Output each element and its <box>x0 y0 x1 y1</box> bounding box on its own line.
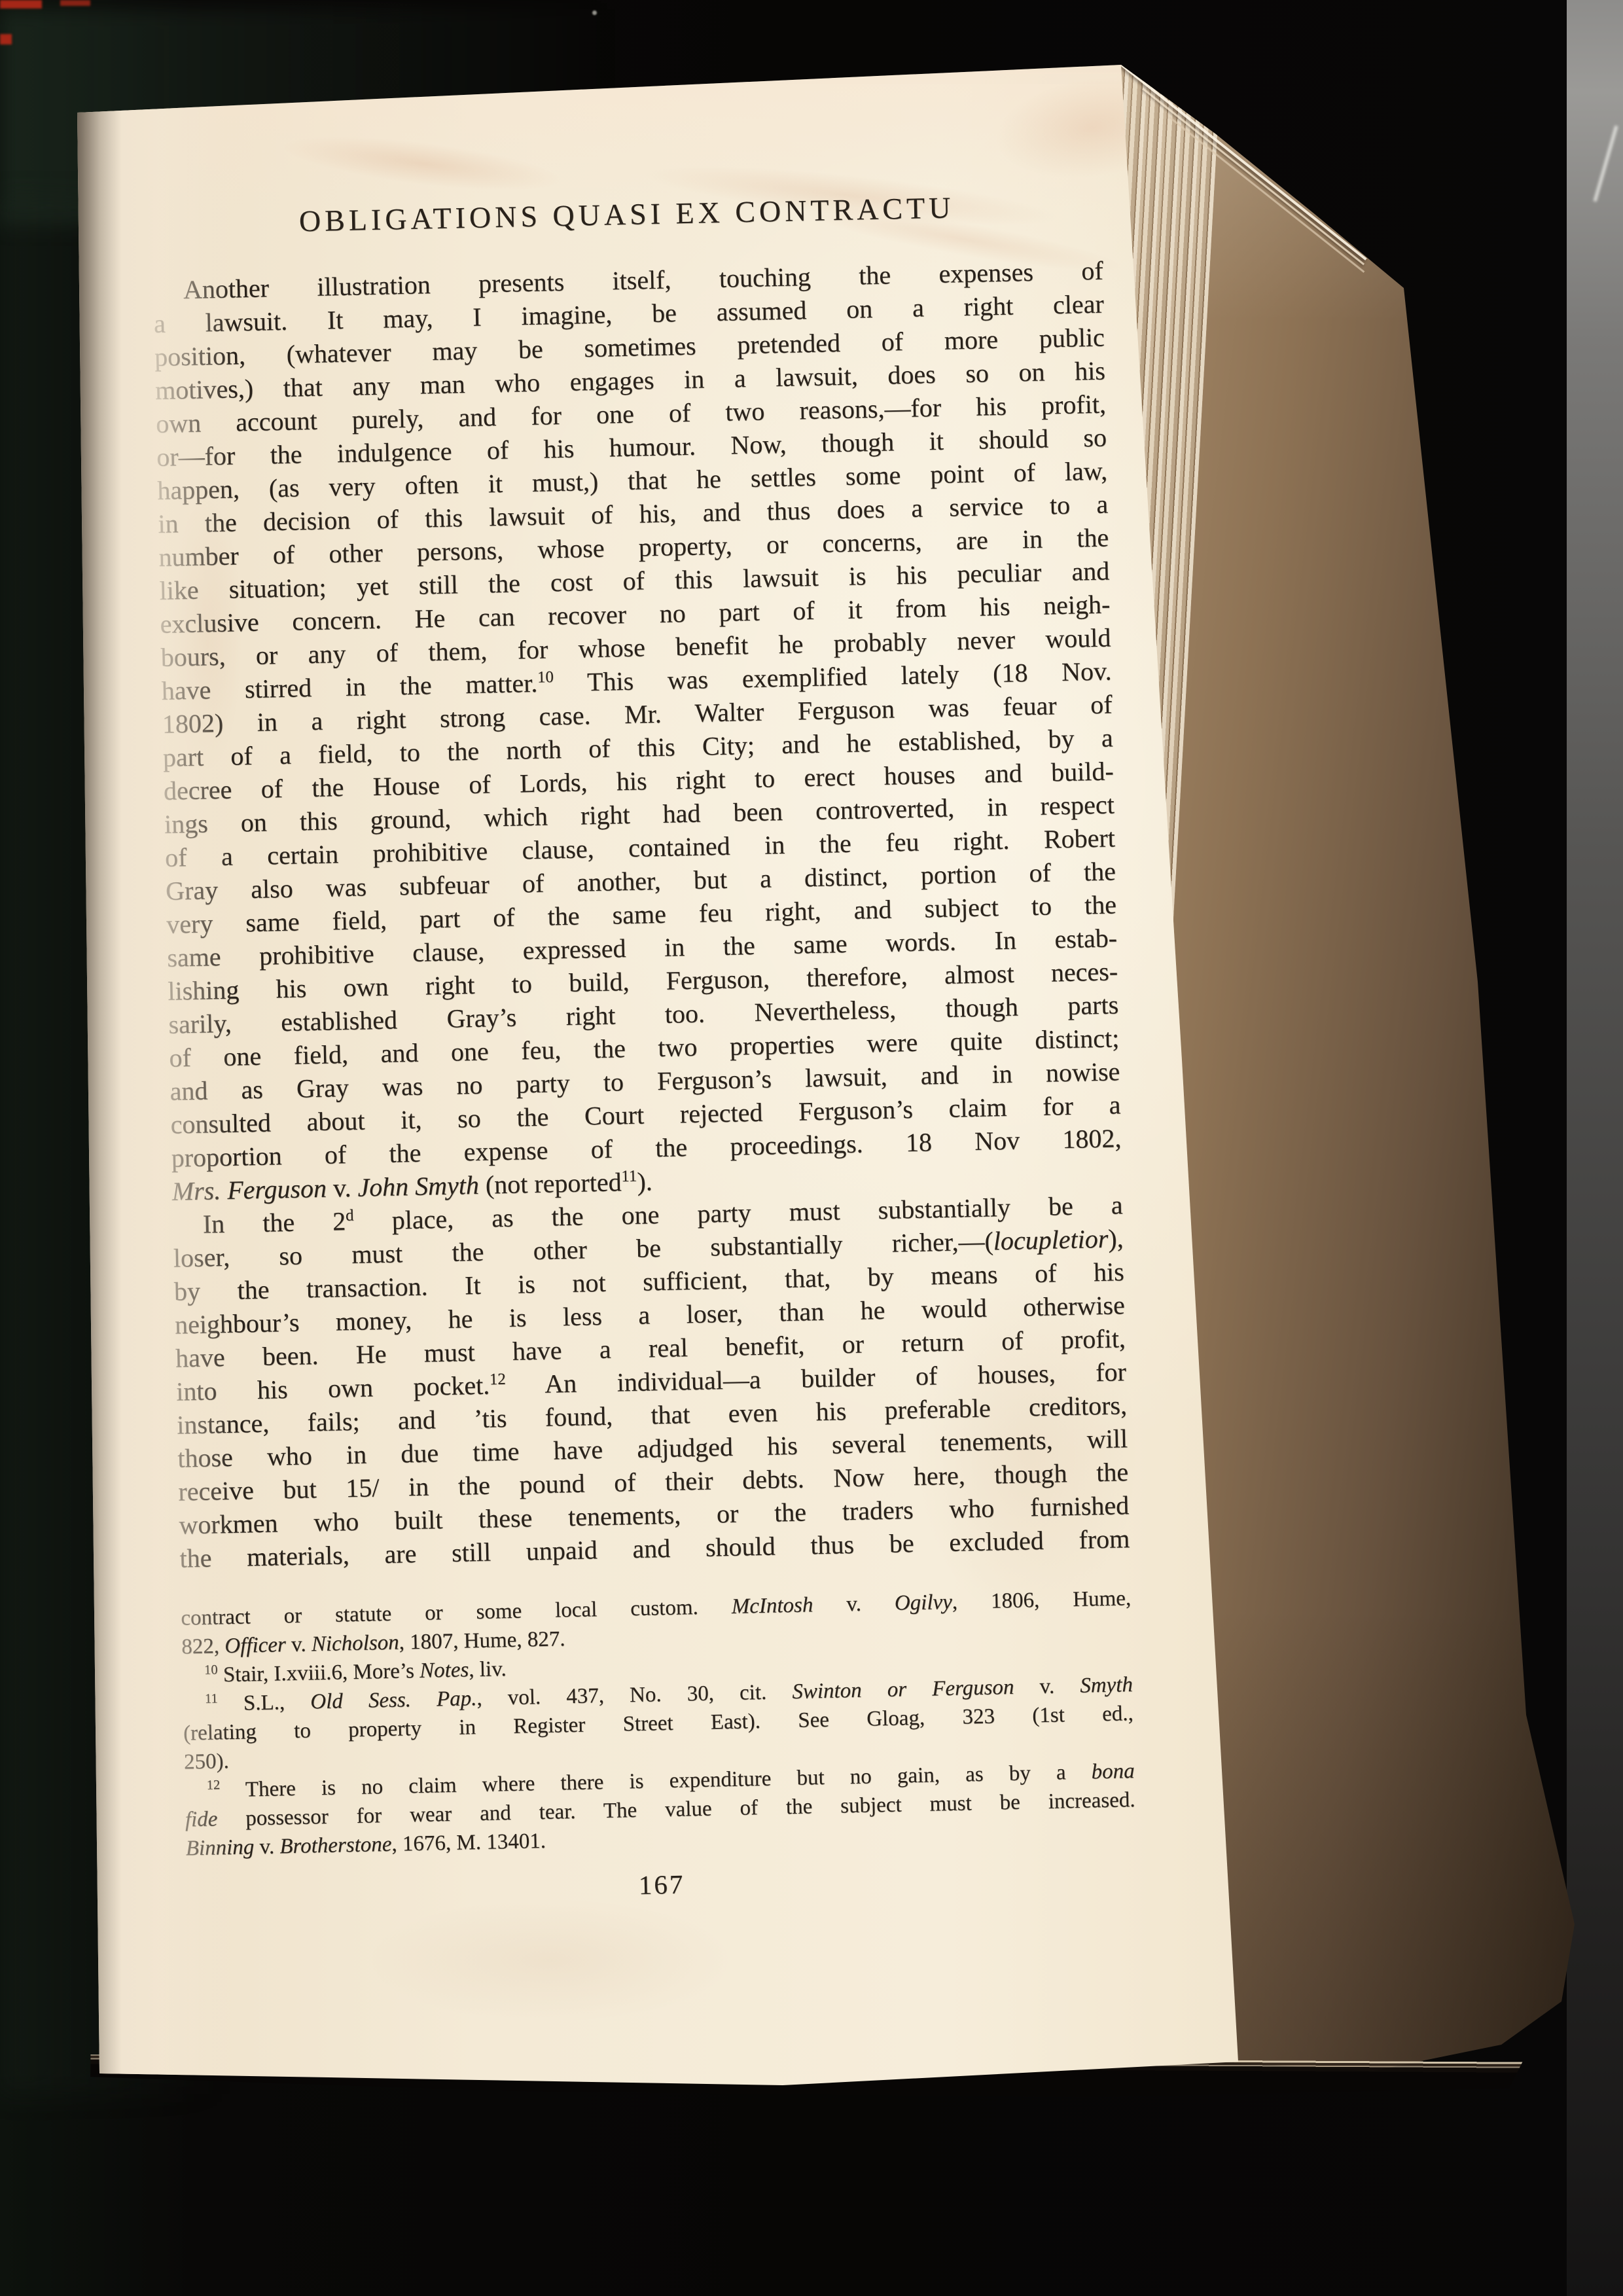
scanned-book-photo: OBLIGATIONS QUASI EX CONTRACTU Another i… <box>0 0 1623 2296</box>
scan-artifact-mark <box>60 0 90 6</box>
dust-speck <box>592 10 597 15</box>
scan-artifact-mark <box>0 0 42 9</box>
scanner-edge-strip <box>1567 0 1623 2296</box>
scan-artifact-mark <box>0 34 12 45</box>
